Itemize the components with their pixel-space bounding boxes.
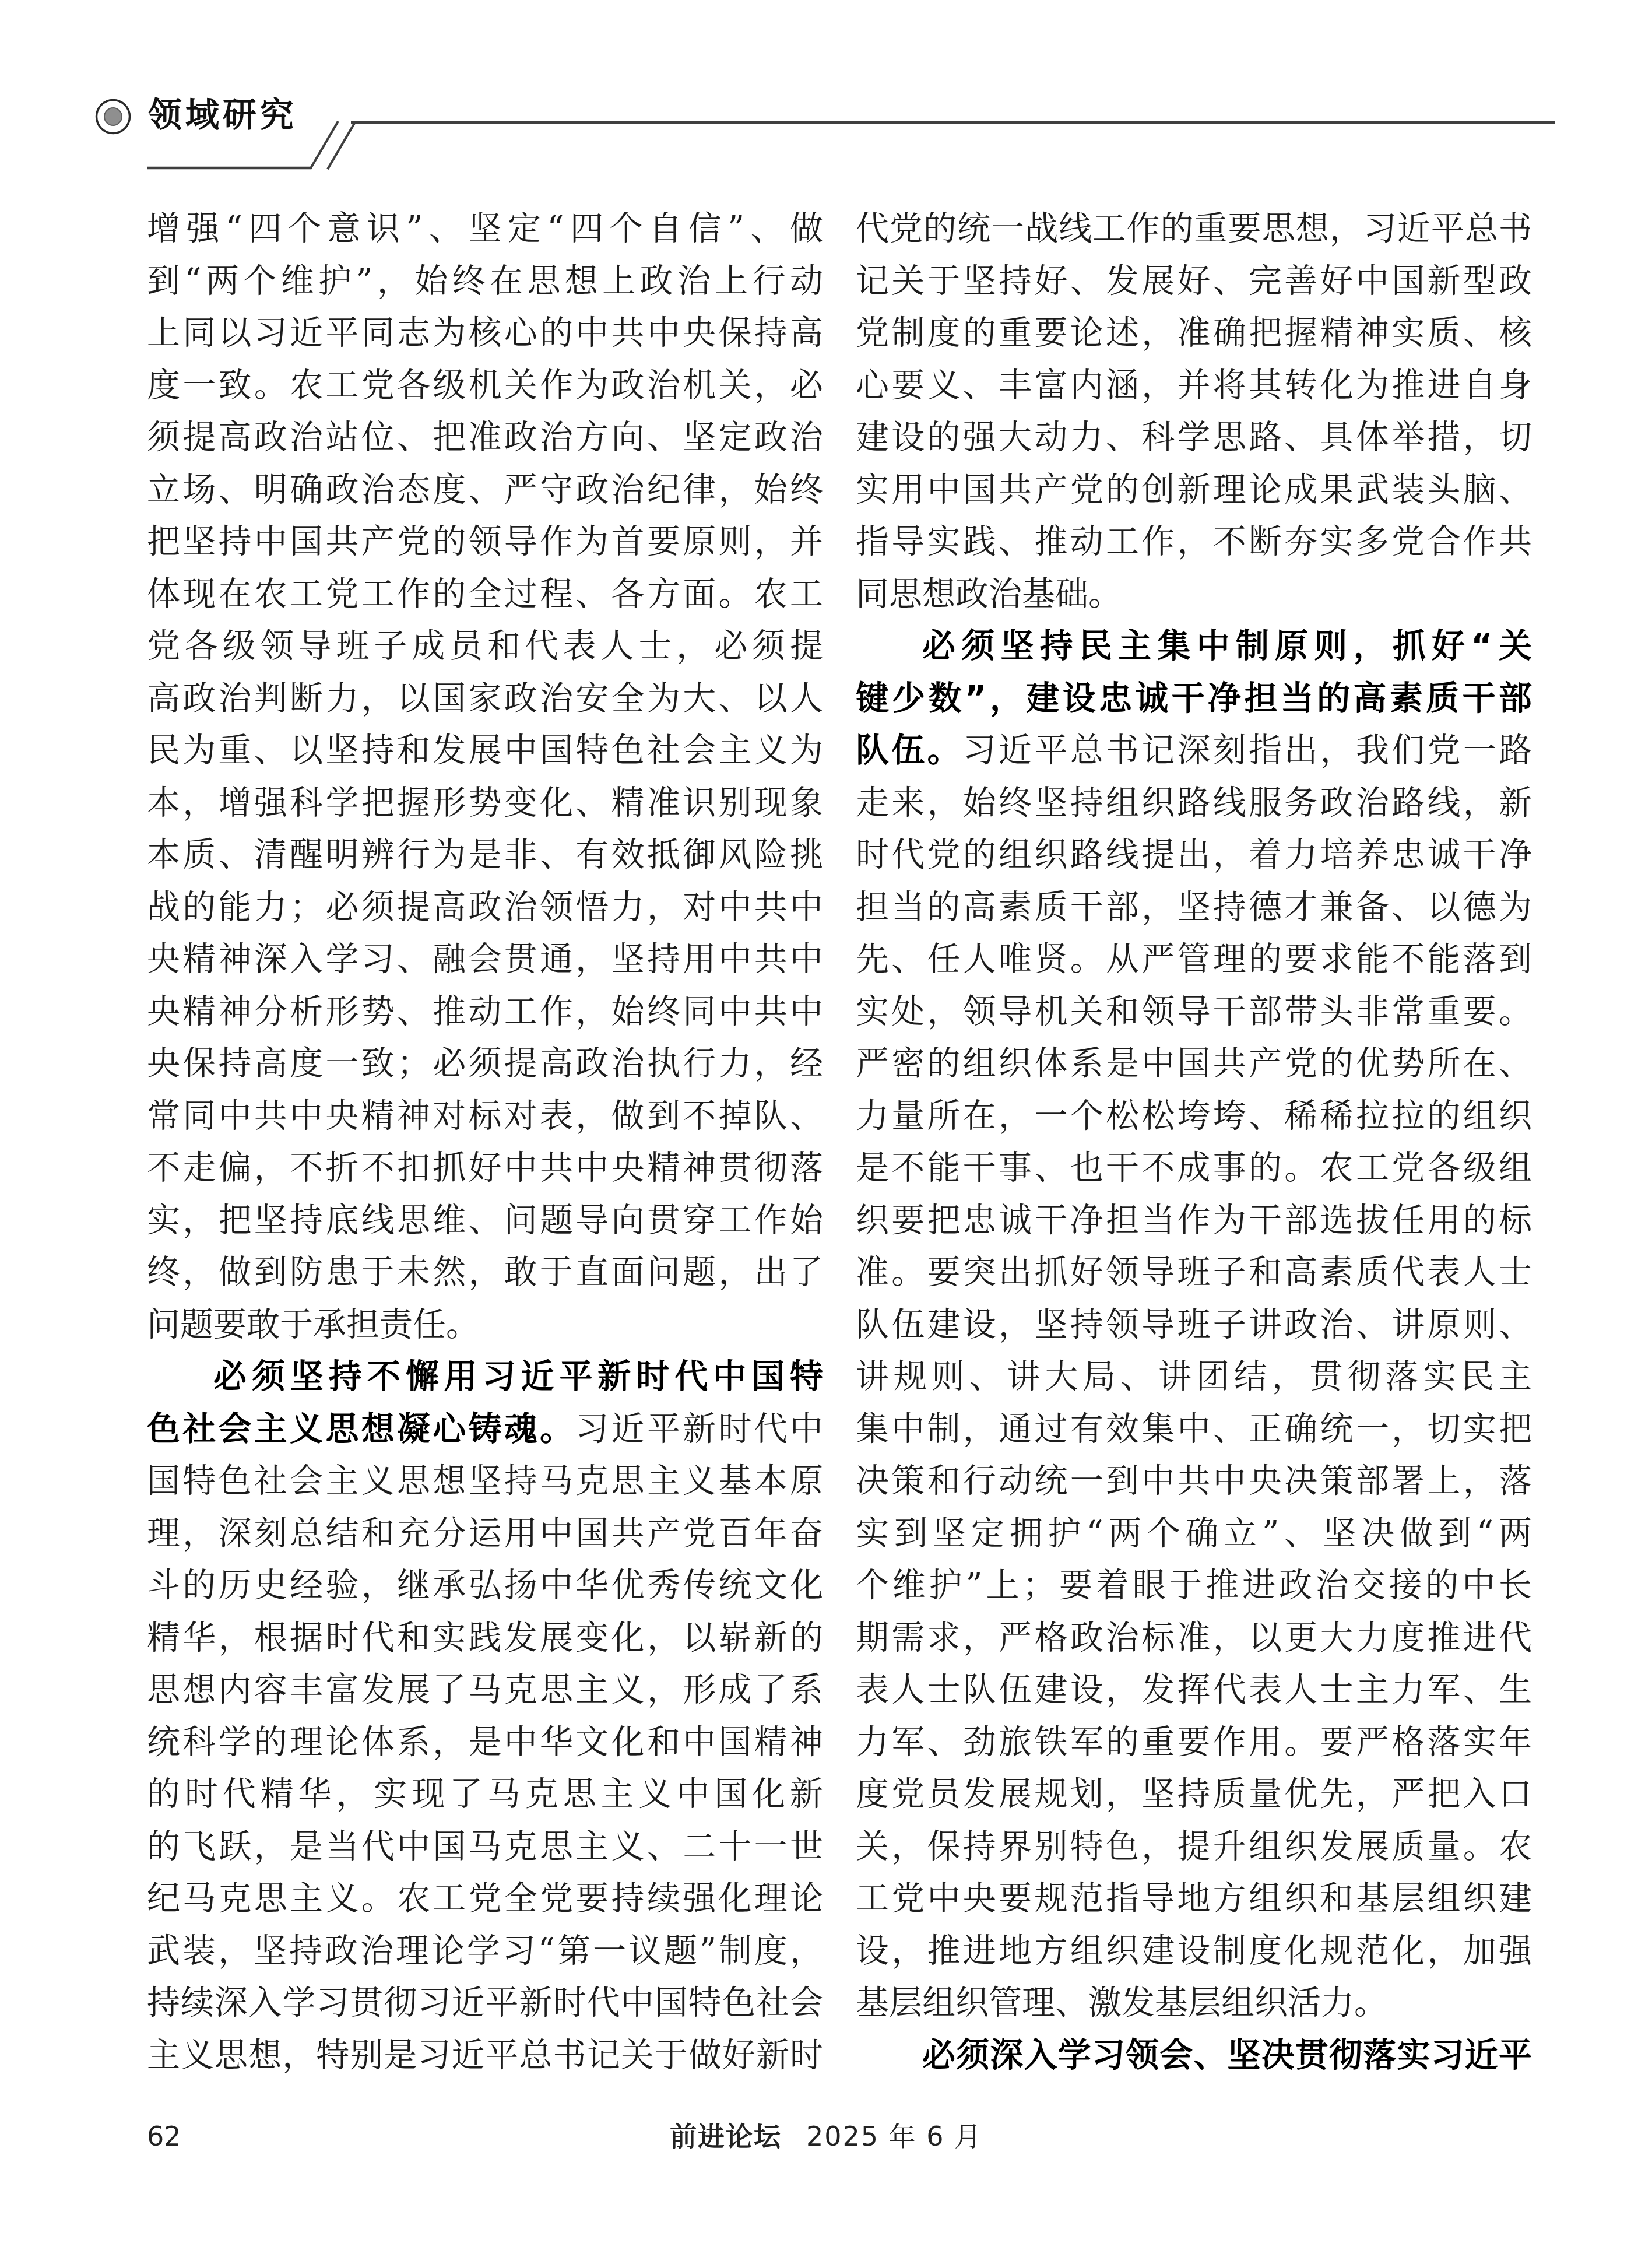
header-rule: [146, 115, 1556, 174]
text-run: 的时代精华，实现了马克思主义中国化新: [147, 1775, 823, 1813]
text-run: 表人士队伍建设，发挥代表人士主力军、生: [856, 1670, 1532, 1709]
text-run: 斗的历史经验，继承弘扬中华优秀传统文化: [147, 1566, 823, 1605]
text-line: 代党的统一战线工作的重要思想，习近平总书: [856, 203, 1532, 255]
text-line: 问题要敢于承担责任。: [147, 1299, 823, 1352]
text-run: 央精神深入学习、融会贯通，坚持用中共中: [147, 940, 823, 978]
text-line: 度一致。农工党各级机关作为政治机关，必: [147, 360, 823, 412]
text-run: 增强“四个意识”、坚定“四个自信”、做: [147, 209, 823, 248]
text-line: 走来，始终坚持组织路线服务政治路线，新: [856, 777, 1532, 830]
text-line: 央精神分析形势、推动工作，始终同中共中: [147, 986, 823, 1038]
text-run: 常同中共中央精神对标对表，做到不掉队、: [147, 1097, 823, 1135]
text-line: 把坚持中国共产党的领导作为首要原则，并: [147, 516, 823, 568]
bold-run: 键少数”，建设忠诚干净担当的高素质干部: [856, 679, 1532, 718]
right-column: 代党的统一战线工作的重要思想，习近平总书记关于坚持好、发展好、完善好中国新型政党…: [856, 203, 1532, 2081]
text-line: 设，推进地方组织建设制度化规范化，加强: [856, 1925, 1532, 1978]
text-run: 力量所在，一个松松垮垮、稀稀拉拉的组织: [856, 1097, 1532, 1135]
text-line: 思想内容丰富发展了马克思主义，形成了系: [147, 1664, 823, 1717]
text-line: 同思想政治基础。: [856, 568, 1532, 621]
text-line: 终，做到防患于未然，敢于直面问题，出了: [147, 1247, 823, 1299]
footer-center: 前进论坛2025 年 6 月: [0, 2118, 1652, 2155]
text-run: 心要义、丰富内涵，并将其转化为推进自身: [856, 366, 1532, 405]
text-line: 必须坚持不懈用习近平新时代中国特: [147, 1351, 823, 1403]
left-column: 增强“四个意识”、坚定“四个自信”、做到“两个维护”，始终在思想上政治上行动上同…: [147, 203, 823, 2081]
text-run: 织要把忠诚干净担当作为干部选拔任用的标: [856, 1201, 1532, 1240]
text-line: 严密的组织体系是中国共产党的优势所在、: [856, 1038, 1532, 1090]
text-line: 力军、劲旅铁军的重要作用。要严格落实年: [856, 1717, 1532, 1769]
text-run: 队伍建设，坚持领导班子讲政治、讲原则、: [856, 1305, 1532, 1344]
text-line: 决策和行动统一到中共中央决策部署上，落: [856, 1455, 1532, 1508]
text-line: 的飞跃，是当代中国马克思主义、二十一世: [147, 1821, 823, 1873]
text-run: 上同以习近平同志为核心的中共中央保持高: [147, 314, 823, 352]
text-line: 主义思想，特别是习近平总书记关于做好新时: [147, 2030, 823, 2082]
text-run: 体现在农工党工作的全过程、各方面。农工: [147, 575, 823, 613]
text-run: 是不能干事、也干不成事的。农工党各级组: [856, 1149, 1532, 1187]
text-line: 度党员发展规划，坚持质量优先，严把入口: [856, 1768, 1532, 1821]
text-run: 力军、劲旅铁军的重要作用。要严格落实年: [856, 1723, 1532, 1761]
bullseye-icon: [94, 98, 132, 135]
text-line: 时代党的组织路线提出，着力培养忠诚干净: [856, 829, 1532, 882]
text-run: 把坚持中国共产党的领导作为首要原则，并: [147, 522, 823, 561]
text-line: 实用中国共产党的创新理论成果武装头脑、: [856, 464, 1532, 517]
text-run: 终，做到防患于未然，敢于直面问题，出了: [147, 1253, 823, 1291]
text-run: 度党员发展规划，坚持质量优先，严把入口: [856, 1775, 1532, 1813]
text-run: 问题要敢于承担责任。: [147, 1305, 479, 1344]
text-run: 准。要突出抓好领导班子和高素质代表人士: [856, 1253, 1532, 1291]
text-run: 习近平总书记深刻指出，我们党一路: [963, 731, 1532, 770]
text-run: 本质、清醒明辨行为是非、有效抵御风险挑: [147, 836, 823, 874]
text-line: 常同中共中央精神对标对表，做到不掉队、: [147, 1090, 823, 1143]
text-line: 战的能力；必须提高政治领悟力，对中共中: [147, 882, 823, 934]
text-line: 心要义、丰富内涵，并将其转化为推进自身: [856, 360, 1532, 412]
text-run: 先、任人唯贤。从严管理的要求能不能落到: [856, 940, 1532, 978]
page-footer: 62 前进论坛2025 年 6 月: [0, 2118, 1652, 2158]
text-line: 色社会主义思想凝心铸魂。习近平新时代中: [147, 1403, 823, 1456]
text-line: 统科学的理论体系，是中华文化和中国精神: [147, 1717, 823, 1769]
text-line: 织要把忠诚干净担当作为干部选拔任用的标: [856, 1195, 1532, 1247]
text-run: 实到坚定拥护“两个确立”、坚决做到“两: [856, 1514, 1532, 1553]
text-run: 民为重、以坚持和发展中国特色社会主义为: [147, 731, 823, 770]
text-line: 期需求，严格政治标准，以更大力度推进代: [856, 1612, 1532, 1665]
text-line: 准。要突出抓好领导班子和高素质代表人士: [856, 1247, 1532, 1299]
text-run: 央保持高度一致；必须提高政治执行力，经: [147, 1044, 823, 1083]
text-line: 理，深刻总结和充分运用中国共产党百年奋: [147, 1508, 823, 1560]
text-line: 必须深入学习领会、坚决贯彻落实习近平: [856, 2030, 1532, 2082]
text-line: 必须坚持民主集中制原则，抓好“关: [856, 620, 1532, 673]
text-run: 集中制，通过有效集中、正确统一，切实把: [856, 1410, 1532, 1448]
text-run: 度一致。农工党各级机关作为政治机关，必: [147, 366, 823, 405]
text-run: 担当的高素质干部，坚持德才兼备、以德为: [856, 888, 1532, 926]
text-line: 是不能干事、也干不成事的。农工党各级组: [856, 1142, 1532, 1195]
text-run: 走来，始终坚持组织路线服务政治路线，新: [856, 784, 1532, 822]
text-run: 关，保持界别特色，提升组织发展质量。农: [856, 1827, 1532, 1866]
text-run: 同思想政治基础。: [856, 575, 1122, 613]
text-line: 国特色社会主义思想坚持马克思主义基本原: [147, 1455, 823, 1508]
bold-run: 必须坚持民主集中制原则，抓好“关: [922, 627, 1532, 665]
text-line: 本，增强科学把握形势变化、精准识别现象: [147, 777, 823, 830]
text-run: 记关于坚持好、发展好、完善好中国新型政: [856, 262, 1532, 300]
text-line: 持续深入学习贯彻习近平新时代中国特色社会: [147, 1977, 823, 2030]
text-run: 习近平新时代中: [575, 1410, 823, 1448]
text-run: 建设的强大动力、科学思路、具体举措，切: [856, 418, 1532, 457]
text-line: 武装，坚持政治理论学习“第一议题”制度，: [147, 1925, 823, 1978]
text-line: 实处，领导机关和领导干部带头非常重要。: [856, 986, 1532, 1038]
text-line: 体现在农工党工作的全过程、各方面。农工: [147, 568, 823, 621]
text-line: 到“两个维护”，始终在思想上政治上行动: [147, 255, 823, 308]
text-line: 建设的强大动力、科学思路、具体举措，切: [856, 412, 1532, 464]
bold-run: 色社会主义思想凝心铸魂。: [147, 1410, 575, 1448]
text-line: 精华，根据时代和实践发展变化，以崭新的: [147, 1612, 823, 1665]
text-run: 决策和行动统一到中共中央决策部署上，落: [856, 1462, 1532, 1500]
text-run: 本，增强科学把握形势变化、精准识别现象: [147, 784, 823, 822]
issue-date: 2025 年 6 月: [806, 2121, 982, 2152]
magazine-page: 领域研究 增强“四个意识”、坚定“四个自信”、做到“两个维护”，始终在思想上政治…: [0, 0, 1652, 2243]
text-line: 本质、清醒明辨行为是非、有效抵御风险挑: [147, 829, 823, 882]
text-line: 力量所在，一个松松垮垮、稀稀拉拉的组织: [856, 1090, 1532, 1143]
text-line: 斗的历史经验，继承弘扬中华优秀传统文化: [147, 1560, 823, 1612]
text-run: 的飞跃，是当代中国马克思主义、二十一世: [147, 1827, 823, 1866]
text-run: 不走偏，不折不扣抓好中共中央精神贯彻落: [147, 1149, 823, 1187]
text-run: 国特色社会主义思想坚持马克思主义基本原: [147, 1462, 823, 1500]
text-line: 须提高政治站位、把准政治方向、坚定政治: [147, 412, 823, 464]
page-number: 62: [147, 2118, 181, 2155]
text-line: 集中制，通过有效集中、正确统一，切实把: [856, 1403, 1532, 1456]
text-line: 关，保持界别特色，提升组织发展质量。农: [856, 1821, 1532, 1873]
text-run: 个维护”上；要着眼于推进政治交接的中长: [856, 1566, 1532, 1605]
text-run: 工党中央要规范指导地方组织和基层组织建: [856, 1879, 1532, 1918]
journal-title: 前进论坛: [670, 2121, 782, 2152]
text-run: 党各级领导班子成员和代表人士，必须提: [147, 627, 823, 665]
text-run: 纪马克思主义。农工党全党要持续强化理论: [147, 1879, 823, 1918]
text-run: 武装，坚持政治理论学习“第一议题”制度，: [147, 1932, 823, 1970]
text-line: 党制度的重要论述，准确把握精神实质、核: [856, 307, 1532, 360]
text-line: 央精神深入学习、融会贯通，坚持用中共中: [147, 933, 823, 986]
text-run: 代党的统一战线工作的重要思想，习近平总书: [856, 209, 1532, 248]
text-line: 个维护”上；要着眼于推进政治交接的中长: [856, 1560, 1532, 1612]
text-line: 讲规则、讲大局、讲团结，贯彻落实民主: [856, 1351, 1532, 1403]
text-run: 实处，领导机关和领导干部带头非常重要。: [856, 992, 1532, 1031]
text-line: 立场、明确政治态度、严守政治纪律，始终: [147, 464, 823, 517]
text-run: 指导实践、推动工作，不断夯实多党合作共: [856, 522, 1532, 561]
text-line: 担当的高素质干部，坚持德才兼备、以德为: [856, 882, 1532, 934]
text-line: 不走偏，不折不扣抓好中共中央精神贯彻落: [147, 1142, 823, 1195]
text-run: 讲规则、讲大局、讲团结，贯彻落实民主: [856, 1357, 1532, 1396]
text-run: 理，深刻总结和充分运用中国共产党百年奋: [147, 1514, 823, 1553]
text-line: 增强“四个意识”、坚定“四个自信”、做: [147, 203, 823, 255]
text-line: 指导实践、推动工作，不断夯实多党合作共: [856, 516, 1532, 568]
text-line: 记关于坚持好、发展好、完善好中国新型政: [856, 255, 1532, 308]
text-line: 实到坚定拥护“两个确立”、坚决做到“两: [856, 1508, 1532, 1560]
text-run: 持续深入学习贯彻习近平新时代中国特色社会: [147, 1984, 823, 2022]
text-run: 央精神分析形势、推动工作，始终同中共中: [147, 992, 823, 1031]
text-line: 央保持高度一致；必须提高政治执行力，经: [147, 1038, 823, 1090]
text-run: 战的能力；必须提高政治领悟力，对中共中: [147, 888, 823, 926]
text-run: 精华，根据时代和实践发展变化，以崭新的: [147, 1619, 823, 1657]
text-run: 主义思想，特别是习近平总书记关于做好新时: [147, 2036, 823, 2074]
text-run: 立场、明确政治态度、严守政治纪律，始终: [147, 471, 823, 509]
text-line: 党各级领导班子成员和代表人士，必须提: [147, 620, 823, 673]
article-body: 增强“四个意识”、坚定“四个自信”、做到“两个维护”，始终在思想上政治上行动上同…: [147, 203, 1532, 2081]
text-run: 期需求，严格政治标准，以更大力度推进代: [856, 1619, 1532, 1657]
text-line: 先、任人唯贤。从严管理的要求能不能落到: [856, 933, 1532, 986]
bold-run: 队伍。: [856, 731, 963, 770]
text-line: 队伍建设，坚持领导班子讲政治、讲原则、: [856, 1299, 1532, 1352]
text-run: 统科学的理论体系，是中华文化和中国精神: [147, 1723, 823, 1761]
text-line: 民为重、以坚持和发展中国特色社会主义为: [147, 725, 823, 777]
text-run: 实用中国共产党的创新理论成果武装头脑、: [856, 471, 1532, 509]
bold-run: 必须深入学习领会、坚决贯彻落实习近平: [922, 2036, 1532, 2074]
text-line: 队伍。习近平总书记深刻指出，我们党一路: [856, 725, 1532, 777]
text-run: 基层组织管理、激发基层组织活力。: [856, 1984, 1387, 2022]
text-run: 严密的组织体系是中国共产党的优势所在、: [856, 1044, 1532, 1083]
text-line: 键少数”，建设忠诚干净担当的高素质干部: [856, 673, 1532, 725]
text-run: 实，把坚持底线思维、问题导向贯穿工作始: [147, 1201, 823, 1240]
text-run: 时代党的组织路线提出，着力培养忠诚干净: [856, 836, 1532, 874]
text-line: 高政治判断力，以国家政治安全为大、以人: [147, 673, 823, 725]
text-line: 的时代精华，实现了马克思主义中国化新: [147, 1768, 823, 1821]
text-run: 高政治判断力，以国家政治安全为大、以人: [147, 679, 823, 718]
text-line: 纪马克思主义。农工党全党要持续强化理论: [147, 1873, 823, 1925]
text-run: 思想内容丰富发展了马克思主义，形成了系: [147, 1670, 823, 1709]
text-run: 党制度的重要论述，准确把握精神实质、核: [856, 314, 1532, 352]
text-run: 设，推进地方组织建设制度化规范化，加强: [856, 1932, 1532, 1970]
text-line: 基层组织管理、激发基层组织活力。: [856, 1977, 1532, 2030]
text-run: 到“两个维护”，始终在思想上政治上行动: [147, 262, 823, 300]
text-line: 上同以习近平同志为核心的中共中央保持高: [147, 307, 823, 360]
text-run: 须提高政治站位、把准政治方向、坚定政治: [147, 418, 823, 457]
text-line: 表人士队伍建设，发挥代表人士主力军、生: [856, 1664, 1532, 1717]
text-line: 工党中央要规范指导地方组织和基层组织建: [856, 1873, 1532, 1925]
text-line: 实，把坚持底线思维、问题导向贯穿工作始: [147, 1195, 823, 1247]
bold-run: 必须坚持不懈用习近平新时代中国特: [213, 1357, 823, 1396]
